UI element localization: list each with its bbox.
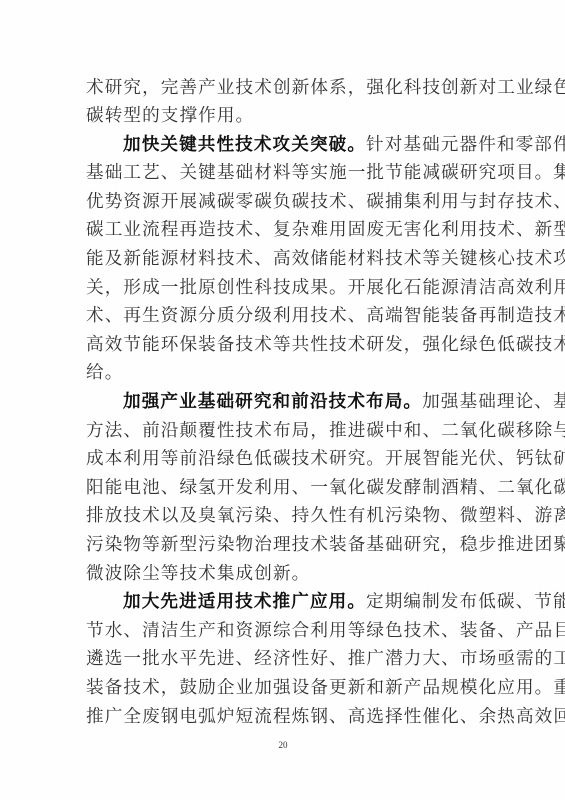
paragraph-line: 基础工艺、关键基础材料等实施一批节能减碳研究项目。集中	[86, 159, 486, 187]
line-text: 污染物等新型污染物治理技术装备基础研究，稳步推进团聚、	[86, 535, 565, 555]
line-text: 给。	[86, 363, 123, 383]
line-text: 装备技术，鼓励企业加强设备更新和新产品规模化应用。重点	[86, 678, 565, 698]
line-text: 推广全废钢电弧炉短流程炼钢、高选择性催化、余热高效回收	[86, 707, 565, 727]
paragraph-line: 节水、清洁生产和资源综合利用等绿色技术、装备、产品目录，	[86, 617, 486, 645]
paragraph-line: 能及新能源材料技术、高效储能材料技术等关键核心技术攻	[86, 245, 486, 273]
page-number: 20	[274, 740, 292, 750]
paragraph-line: 微波除尘等技术集成创新。	[86, 560, 486, 588]
section-heading-tech-promotion: 加大先进适用技术推广应用。	[123, 591, 366, 612]
paragraph-line: 成本利用等前沿绿色低碳技术研究。开展智能光伏、钙钛矿太	[86, 445, 486, 473]
line-text: 碳工业流程再造技术、复杂难用固废无害化利用技术、新型节	[86, 220, 565, 240]
line-text: 加强基础理论、基础	[422, 392, 565, 412]
line-text: 方法、前沿颠覆性技术布局，推进碳中和、二氧化碳移除与低	[86, 421, 565, 441]
paragraph-line: 给。	[86, 359, 486, 387]
paragraph-line: 术、再生资源分质分级利用技术、高端智能装备再制造技术、	[86, 302, 486, 330]
line-text: 节水、清洁生产和资源综合利用等绿色技术、装备、产品目录，	[86, 621, 565, 641]
line-text: 术、再生资源分质分级利用技术、高端智能装备再制造技术、	[86, 306, 565, 326]
section-heading-key-tech-breakthrough: 加快关键共性技术攻关突破。	[123, 134, 366, 155]
paragraph-line: 遴选一批水平先进、经济性好、推广潜力大、市场亟需的工艺	[86, 645, 486, 673]
paragraph-line: 污染物等新型污染物治理技术装备基础研究，稳步推进团聚、	[86, 531, 486, 559]
paragraph-line: 排放技术以及臭氧污染、持久性有机污染物、微塑料、游离态	[86, 502, 486, 530]
line-text: 成本利用等前沿绿色低碳技术研究。开展智能光伏、钙钛矿太	[86, 449, 565, 469]
paragraph-line: 方法、前沿颠覆性技术布局，推进碳中和、二氧化碳移除与低	[86, 417, 486, 445]
paragraph-line: 推广全废钢电弧炉短流程炼钢、高选择性催化、余热高效回收	[86, 703, 486, 731]
line-text: 遴选一批水平先进、经济性好、推广潜力大、市场亟需的工艺	[86, 649, 565, 669]
line-text: 高效节能环保装备技术等共性技术研发，强化绿色低碳技术供	[86, 335, 565, 355]
line-text: 术研究，完善产业技术创新体系，强化科技创新对工业绿色低	[86, 78, 565, 98]
line-text: 针对基础元器件和零部件、	[366, 135, 565, 155]
paragraph-line: 高效节能环保装备技术等共性技术研发，强化绿色低碳技术供	[86, 331, 486, 359]
section-heading-line: 加快关键共性技术攻关突破。针对基础元器件和零部件、	[123, 131, 523, 159]
paragraph-line: 装备技术，鼓励企业加强设备更新和新产品规模化应用。重点	[86, 674, 486, 702]
line-text: 碳转型的支撑作用。	[86, 106, 254, 126]
line-text: 定期编制发布低碳、节能、	[366, 592, 565, 612]
section-heading-frontier-tech: 加强产业基础研究和前沿技术布局。	[123, 391, 422, 412]
line-text: 基础工艺、关键基础材料等实施一批节能减碳研究项目。集中	[86, 163, 565, 183]
paragraph-line: 阳能电池、绿氢开发利用、一氧化碳发酵制酒精、二氧化碳负	[86, 474, 486, 502]
line-text: 微波除尘等技术集成创新。	[86, 564, 310, 584]
line-text: 优势资源开展减碳零碳负碳技术、碳捕集利用与封存技术、零	[86, 192, 565, 212]
paragraph-line: 关，形成一批原创性科技成果。开展化石能源清洁高效利用技	[86, 274, 486, 302]
line-text: 关，形成一批原创性科技成果。开展化石能源清洁高效利用技	[86, 278, 565, 298]
paragraph-line: 术研究，完善产业技术创新体系，强化科技创新对工业绿色低	[86, 74, 486, 102]
paragraph-line: 优势资源开展减碳零碳负碳技术、碳捕集利用与封存技术、零	[86, 188, 486, 216]
line-text: 阳能电池、绿氢开发利用、一氧化碳发酵制酒精、二氧化碳负	[86, 478, 565, 498]
line-text: 排放技术以及臭氧污染、持久性有机污染物、微塑料、游离态	[86, 506, 565, 526]
section-heading-line: 加强产业基础研究和前沿技术布局。加强基础理论、基础	[123, 388, 523, 416]
paragraph-line: 碳工业流程再造技术、复杂难用固废无害化利用技术、新型节	[86, 216, 486, 244]
document-page: 术研究，完善产业技术创新体系，强化科技创新对工业绿色低 碳转型的支撑作用。 加快…	[0, 0, 565, 800]
paragraph-line: 碳转型的支撑作用。	[86, 102, 486, 130]
line-text: 能及新能源材料技术、高效储能材料技术等关键核心技术攻	[86, 249, 565, 269]
section-heading-line: 加大先进适用技术推广应用。定期编制发布低碳、节能、	[123, 588, 523, 616]
